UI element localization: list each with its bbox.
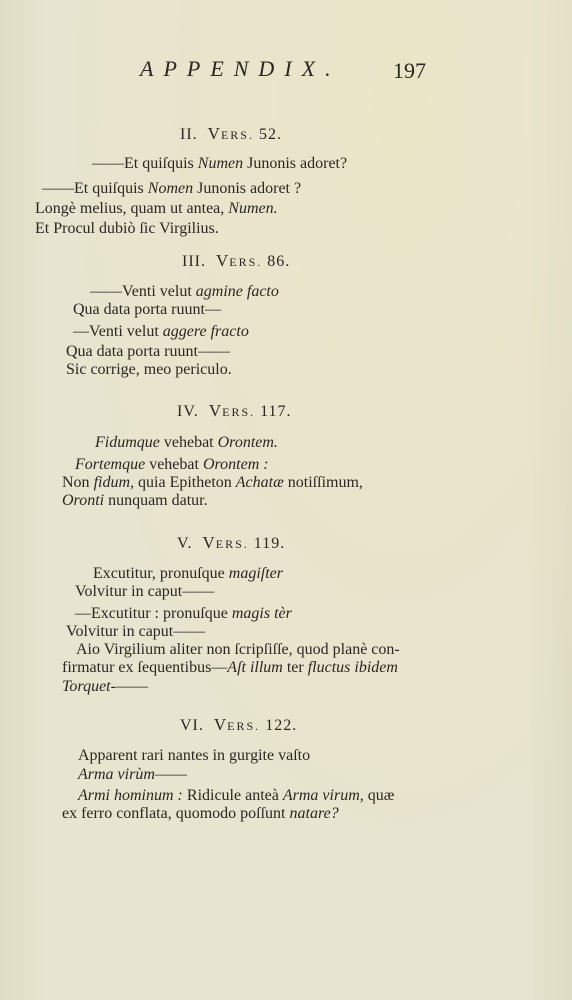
section-heading-iii: III. VERS. 86.	[182, 251, 290, 271]
section-heading-v: V. VERS. 119.	[177, 533, 285, 553]
vers-initial: V	[209, 401, 222, 420]
section-heading-ii: II. VERS. 52.	[180, 124, 282, 144]
text-line: Oronti nunquam datur.	[62, 491, 208, 511]
vers-label: ERS.	[222, 405, 255, 419]
text-line: Longè melius, quam ut antea, Numen.	[35, 199, 278, 219]
text-line: Non fidum, quia Epitheton Achatæ notiſſi…	[62, 473, 363, 493]
section-heading-vi: VI. VERS. 122.	[180, 715, 297, 735]
vers-label: ERS.	[216, 537, 249, 551]
verse-number: 117.	[260, 403, 291, 420]
vers-initial: V	[208, 124, 221, 143]
text-line: Aio Virgilium aliter non ſcripſiſſe, quo…	[76, 640, 400, 660]
text-line: Volvitur in caput——	[66, 622, 205, 642]
text-line: ——Venti velut agmine facto	[90, 282, 279, 302]
section-numeral: V.	[177, 535, 193, 552]
text-line: Armi hominum : Ridicule anteà Arma virum…	[78, 786, 394, 806]
vers-initial: V	[214, 715, 227, 734]
vers-initial: V	[216, 251, 229, 270]
running-title: APPENDIX.	[140, 56, 341, 82]
text-line: firmatur ex ſequentibus—Aſt illum ter fl…	[62, 658, 398, 678]
text-line: Qua data porta ruunt——	[66, 342, 230, 362]
verse-number: 86.	[267, 253, 290, 270]
text-line: Sic corrige, meo periculo.	[66, 360, 232, 380]
text-line: —Excutitur : pronuſque magis tèr	[75, 604, 292, 624]
page-number: 197	[393, 58, 426, 84]
text-line: Volvitur in caput——	[75, 582, 214, 602]
text-line: Qua data porta ruunt—	[73, 300, 221, 320]
text-line: Torquet-——	[62, 677, 148, 697]
section-numeral: II.	[180, 126, 198, 143]
text-line: ——Et quiſquis Numen Junonis adoret?	[92, 154, 347, 174]
text-line: ex ferro conflata, quomodo poſſunt natar…	[62, 804, 339, 824]
vers-label: ERS.	[221, 128, 254, 142]
section-heading-iv: IV. VERS. 117.	[177, 401, 292, 421]
section-numeral: VI.	[180, 717, 204, 734]
vers-initial: V	[203, 533, 216, 552]
verse-number: 122.	[265, 717, 297, 734]
text-line: Fortemque vehebat Orontem :	[75, 455, 269, 475]
verse-number: 119.	[254, 535, 285, 552]
text-line: Apparent rari nantes in gurgite vaſto	[78, 746, 310, 766]
text-line: —Venti velut aggere fracto	[73, 322, 249, 342]
section-numeral: III.	[182, 253, 206, 270]
verse-number: 52.	[259, 126, 282, 143]
text-line: ——Et quiſquis Nomen Junonis adoret ?	[42, 179, 301, 199]
text-line: Fidumque vehebat Orontem.	[95, 433, 278, 453]
section-numeral: IV.	[177, 403, 199, 420]
text-line: Arma virùm——	[78, 765, 187, 785]
text-line: Et Procul dubiò ſic Virgilius.	[35, 219, 219, 239]
text-line: Excutitur, pronuſque magiſter	[93, 564, 283, 584]
vers-label: ERS.	[229, 255, 262, 269]
vers-label: ERS.	[227, 719, 260, 733]
